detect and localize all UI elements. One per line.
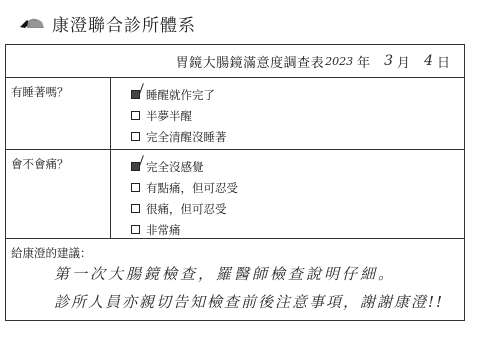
date-day-value[interactable]: 4 [424, 53, 433, 69]
option-item[interactable]: 半夢半醒 [131, 105, 464, 126]
question-row-pain: 會不會痛？ 完全沒感覺 有點痛，但可忍受 很痛，但可忍受 非常痛 [6, 150, 464, 239]
checkbox-icon[interactable] [131, 111, 140, 120]
question-row-sleep: 有睡著嗎？ 睡醒就作完了 半夢半醒 完全清醒沒睡著 [6, 78, 464, 150]
suggestion-label: 給康澄的建議： [11, 245, 92, 261]
option-item[interactable]: 完全清醒沒睡著 [131, 126, 464, 147]
date-year-value[interactable]: 2023 [325, 55, 353, 68]
option-label: 完全沒感覺 [146, 159, 204, 175]
clinic-name: 康澄聯合診所體系 [52, 11, 196, 36]
option-item[interactable]: 很痛，但可忍受 [131, 198, 464, 219]
form-header: 胃鏡大腸鏡滿意度調查表 2023 年 3 月 4 日 [6, 45, 464, 78]
form-title: 胃鏡大腸鏡滿意度調查表 [176, 52, 325, 71]
option-label: 有點痛，但可忍受 [146, 180, 238, 196]
date-month-unit: 月 [397, 52, 410, 71]
option-group: 完全沒感覺 有點痛，但可忍受 很痛，但可忍受 非常痛 [111, 150, 464, 238]
date-year-unit: 年 [357, 52, 370, 71]
checkbox-icon[interactable] [131, 225, 140, 234]
checkmark-icon [133, 153, 144, 167]
handwritten-suggestion-line[interactable]: 診所人員亦親切告知檢查前後注意事項，謝謝康澄!! [54, 291, 444, 312]
option-label: 半夢半醒 [146, 108, 192, 124]
option-item[interactable]: 完全沒感覺 [131, 156, 464, 177]
handwritten-suggestion-line[interactable]: 第一次大腸鏡檢查，羅醫師檢查說明仔細。 [54, 263, 396, 284]
option-group: 睡醒就作完了 半夢半醒 完全清醒沒睡著 [111, 78, 464, 149]
brand-header: 康澄聯合診所體系 [18, 10, 196, 36]
option-label: 很痛，但可忍受 [146, 201, 227, 217]
suggestion-section: 給康澄的建議： 第一次大腸鏡檢查，羅醫師檢查說明仔細。 診所人員亦親切告知檢查前… [6, 239, 464, 320]
fan-leaf-logo-icon [18, 16, 46, 30]
checkbox-icon[interactable] [131, 183, 140, 192]
option-item[interactable]: 睡醒就作完了 [131, 84, 464, 105]
question-label: 會不會痛？ [6, 150, 111, 238]
date-month-value[interactable]: 3 [384, 53, 393, 69]
checkbox-checked-icon[interactable] [131, 162, 140, 171]
checkbox-icon[interactable] [131, 132, 140, 141]
checkbox-checked-icon[interactable] [131, 90, 140, 99]
option-label: 非常痛 [146, 222, 181, 238]
option-label: 完全清醒沒睡著 [146, 129, 227, 145]
option-item[interactable]: 有點痛，但可忍受 [131, 177, 464, 198]
option-item[interactable]: 非常痛 [131, 219, 464, 240]
date-day-unit: 日 [437, 52, 450, 71]
checkbox-icon[interactable] [131, 204, 140, 213]
option-label: 睡醒就作完了 [146, 87, 215, 103]
satisfaction-form: 胃鏡大腸鏡滿意度調查表 2023 年 3 月 4 日 有睡著嗎？ 睡醒就作完了 … [5, 44, 465, 321]
checkmark-icon [133, 81, 144, 95]
question-label: 有睡著嗎？ [6, 78, 111, 149]
